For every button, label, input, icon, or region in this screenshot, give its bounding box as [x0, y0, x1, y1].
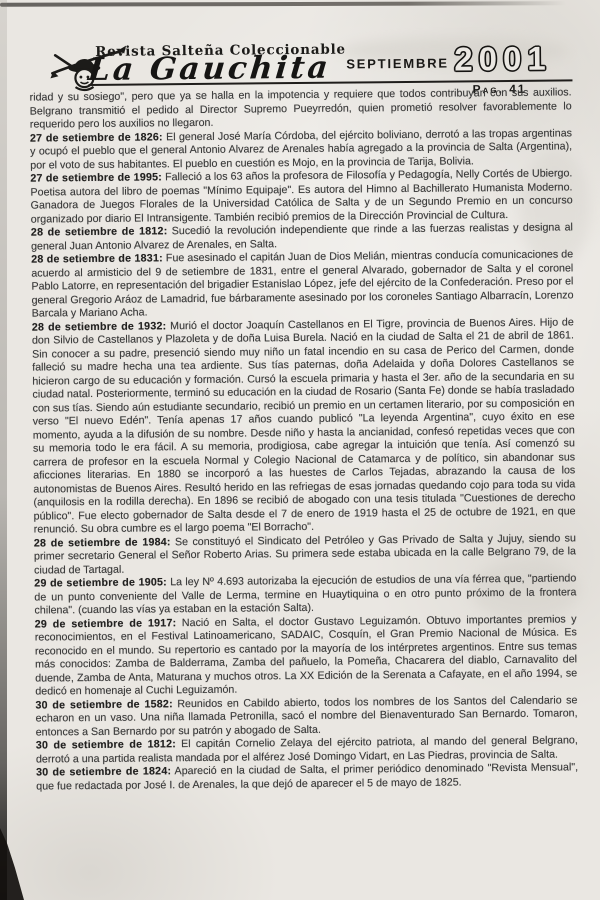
scanned-page: Revista Salteña Coleccionable La Gauchit…	[0, 0, 600, 900]
entry-date: 28 de setiembre de 1831:	[31, 252, 163, 265]
entry-date: 30 de setiembre de 1824:	[36, 765, 171, 778]
entry-date: 30 de setiembre de 1582:	[35, 698, 172, 711]
entry-date: 29 de setiembre de 1917:	[35, 617, 177, 630]
entry-date: 30 de setiembre de 1812:	[36, 738, 176, 751]
entry-text: Murió el doctor Joaquín Castellanos en E…	[32, 316, 576, 536]
entry-date: 28 de setiembre de 1932:	[32, 320, 167, 333]
entry: 30 de setiembre de 1582: Reunidos en Cab…	[35, 694, 577, 740]
issue-month: SEPTIEMBRE	[346, 56, 449, 72]
page-content: Revista Salteña Coleccionable La Gauchit…	[0, 0, 600, 900]
entry: 30 de setiembre de 1824: Apareció en la …	[36, 761, 578, 793]
entry-date: 28 de setiembre de 1984:	[34, 536, 171, 549]
entry: 29 de setiembre de 1917: Nació en Salta,…	[35, 613, 578, 699]
entry: 29 de setiembre de 1905: La ley Nº 4.693…	[34, 572, 576, 618]
entry: 27 de setiembre de 1995: Falleció a los …	[30, 167, 572, 226]
issue-year: 2001	[454, 40, 552, 79]
entry-date: 28 de setiembre de 1812:	[31, 225, 168, 238]
entry: 28 de setiembre de 1932: Murió el doctor…	[32, 316, 576, 537]
entry: 27 de setiembre de 1826: El general José…	[30, 127, 572, 173]
entry-date: 27 de setiembre de 1995:	[30, 171, 162, 184]
entry-date: 29 de setiembre de 1905:	[34, 576, 167, 589]
entry: 28 de setiembre de 1984: Se constituyó e…	[34, 532, 576, 578]
entries-column: ridad y su sosiego", pero que ya se hall…	[30, 86, 579, 793]
entry-text: ridad y su sosiego", pero que ya se hall…	[30, 86, 572, 130]
entry: ridad y su sosiego", pero que ya se hall…	[30, 86, 572, 132]
entry: 28 de setiembre de 1831: Fue asesinado e…	[31, 248, 574, 321]
entry-date: 27 de setiembre de 1826:	[30, 131, 163, 144]
